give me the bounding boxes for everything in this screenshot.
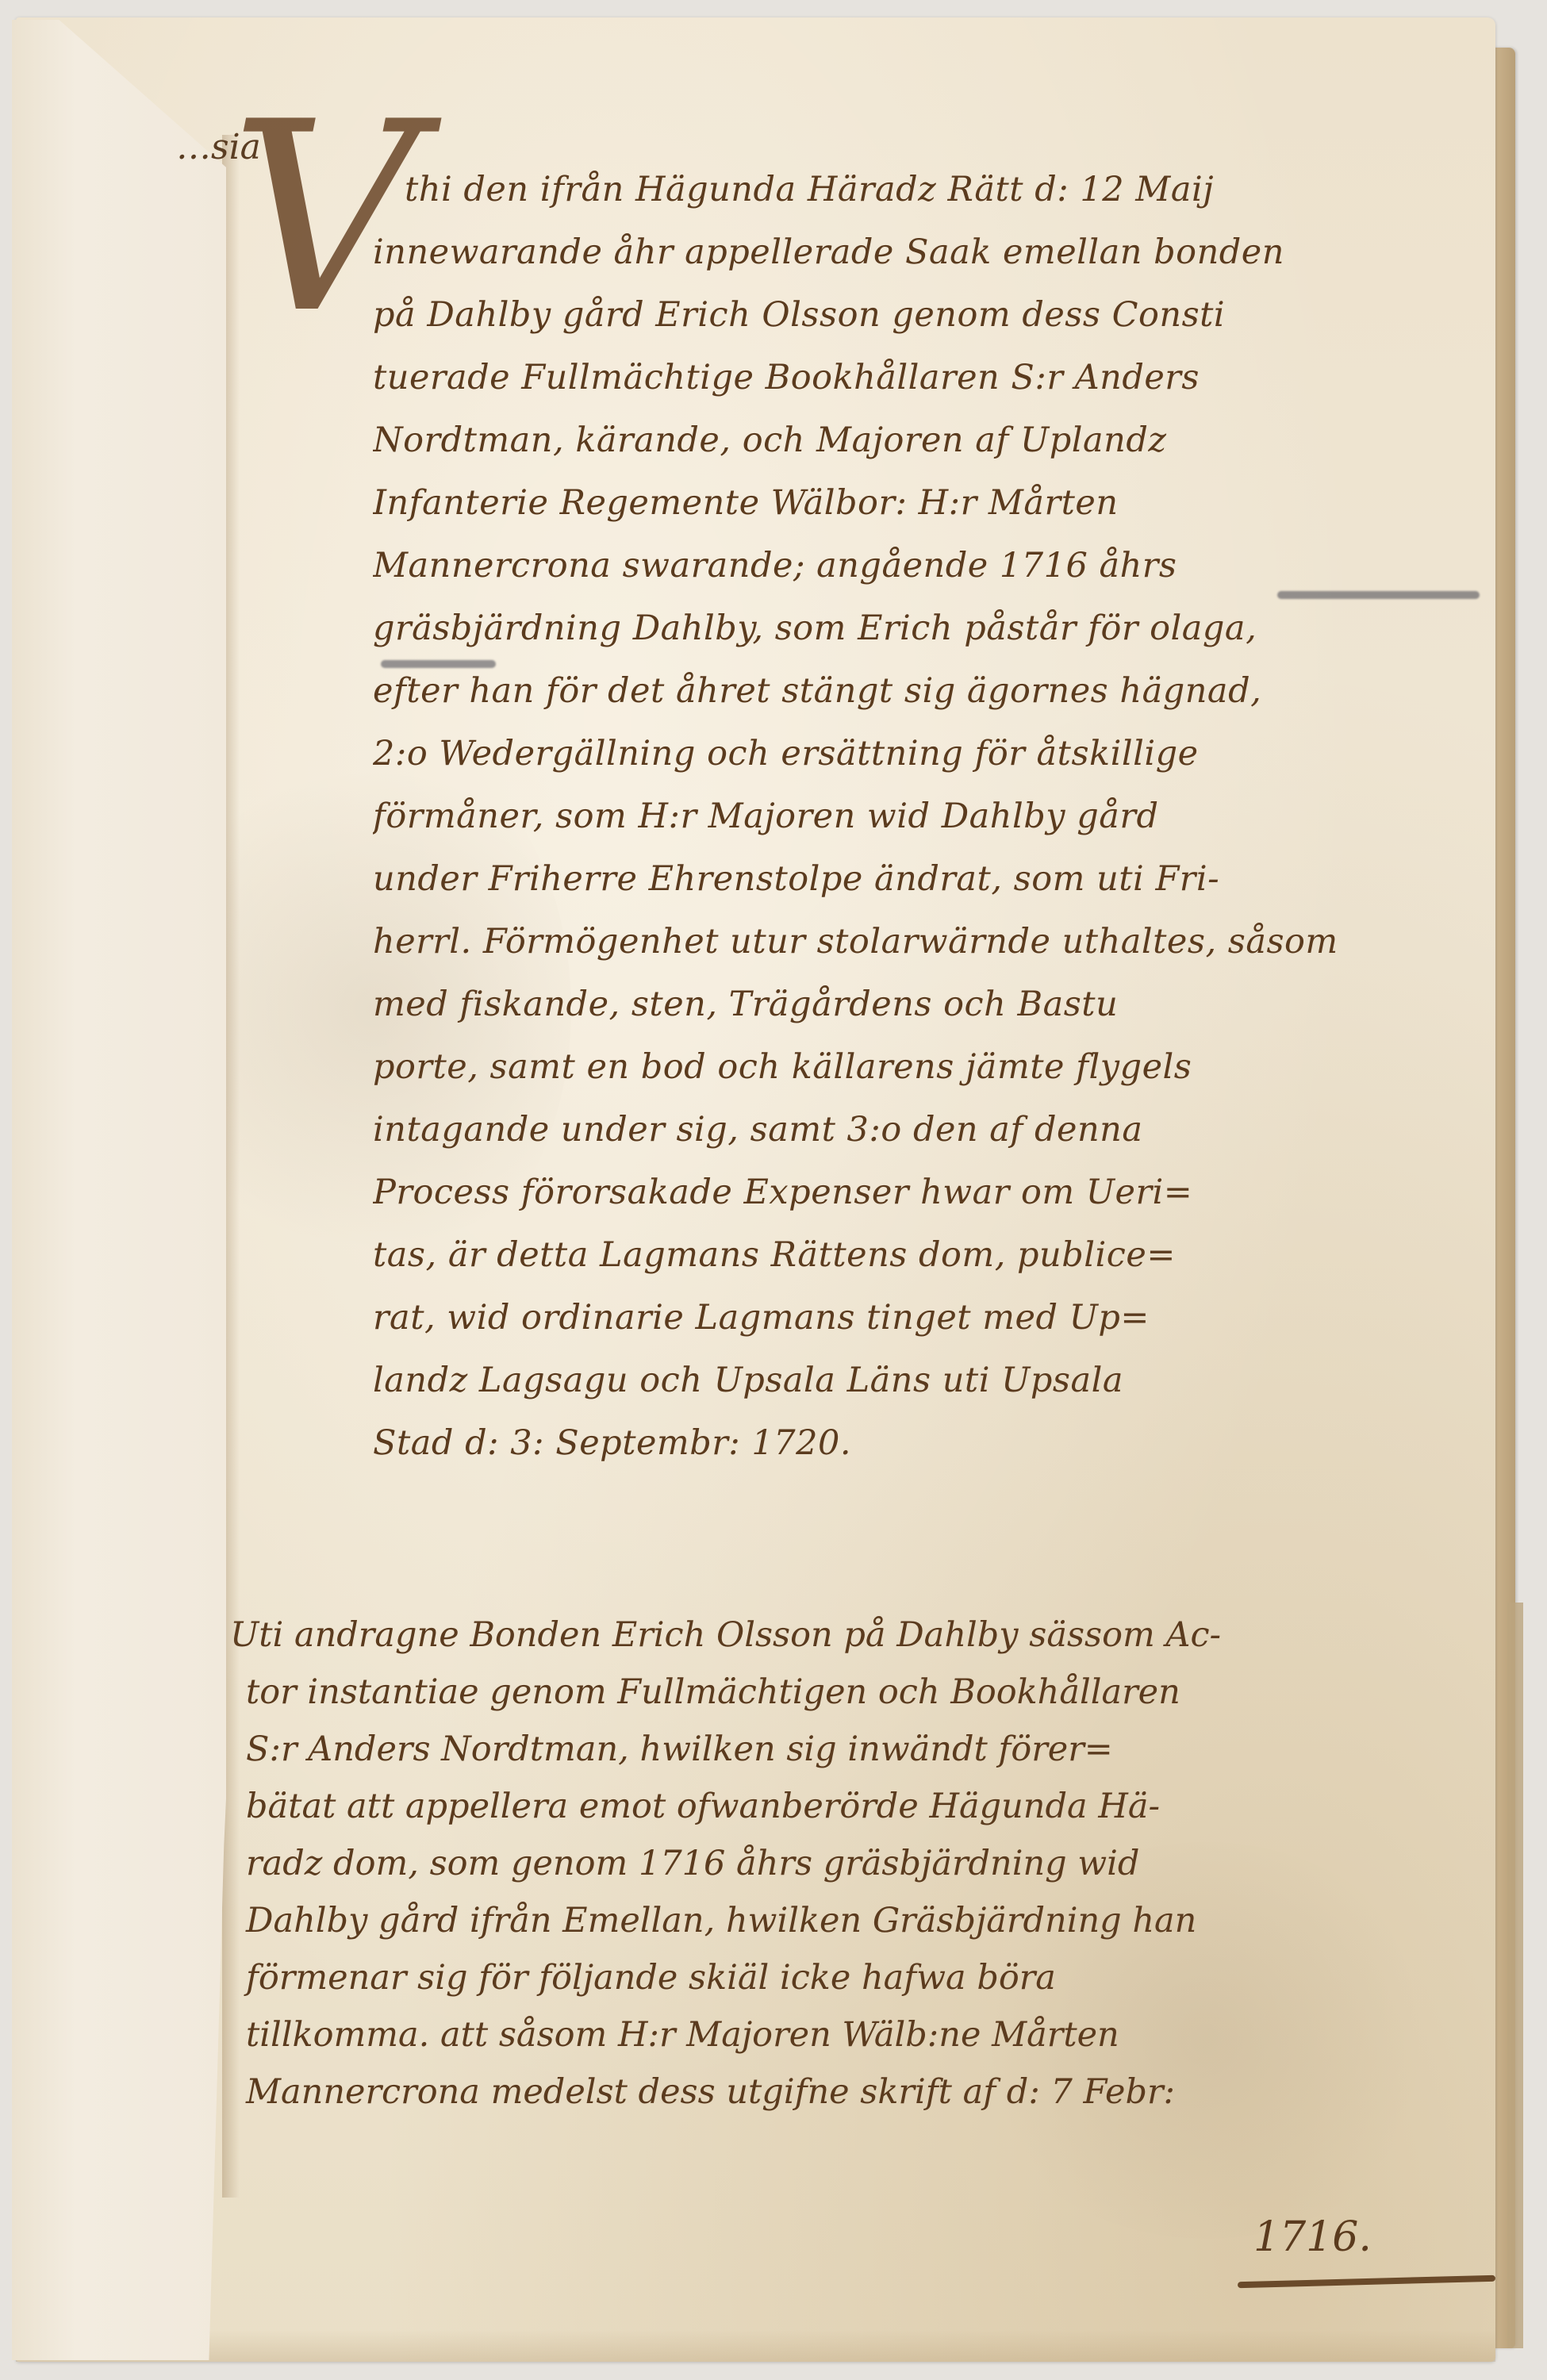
text-line: förmåner, som H:r Majoren wid Dahlby går… <box>373 785 1499 848</box>
text-line: Mannercrona swarande; angående 1716 åhrs <box>373 535 1499 597</box>
text-line: efter han för det åhret stängt sig ägorn… <box>373 660 1499 723</box>
text-line: Uti andragne Bonden Erich Olsson på Dahl… <box>230 1606 1499 1664</box>
text-line: gräsbjärdning Dahlby, som Erich påstår f… <box>373 597 1499 660</box>
text-line: tas, är detta Lagmans Rättens dom, publi… <box>373 1224 1499 1287</box>
text-line: förmenar sig för följande skiäl icke haf… <box>230 1949 1499 2006</box>
paragraph-1: thi den ifrån Hägunda Häradz Rätt d: 12 … <box>373 159 1499 1475</box>
text-line: Dahlby gård ifrån Emellan, hwilken Gräsb… <box>230 1892 1499 1949</box>
paragraph-2: Uti andragne Bonden Erich Olsson på Dahl… <box>230 1606 1499 2121</box>
folded-flap <box>12 20 226 2360</box>
text-line: porte, samt en bod och källarens jämte f… <box>373 1036 1499 1099</box>
closing-date: 1716. <box>1253 2213 1372 2261</box>
text-line: Mannercrona medelst dess utgifne skrift … <box>230 2063 1499 2121</box>
text-line-date: Stad d: 3: Septembr: 1720. <box>373 1412 1499 1475</box>
back-leaf-edge-lower <box>1507 1603 1523 2348</box>
text-line: tor instantiae genom Fullmächtigen och B… <box>230 1664 1499 1721</box>
margin-note: …sia <box>176 127 261 167</box>
text-line: thi den ifrån Hägunda Häradz Rätt d: 12 … <box>373 159 1499 221</box>
text-line: landz Lagsagu och Upsala Läns uti Upsala <box>373 1349 1499 1412</box>
text-line: rat, wid ordinarie Lagmans tinget med Up… <box>373 1287 1499 1349</box>
text-line: Infanterie Regemente Wälbor: H:r Mårten <box>373 472 1499 535</box>
text-line: Nordtman, kärande, och Majoren af Upland… <box>373 409 1499 472</box>
text-line: 2:o Wedergällning och ersättning för åts… <box>373 723 1499 785</box>
text-line: Process förorsakade Expenser hwar om Uer… <box>373 1161 1499 1224</box>
text-line: S:r Anders Nordtman, hwilken sig inwändt… <box>230 1721 1499 1778</box>
text-line: tuerade Fullmächtige Bookhållaren S:r An… <box>373 347 1499 409</box>
text-line: herrl. Förmögenhet utur stolarwärnde uth… <box>373 911 1499 973</box>
text-line: intagande under sig, samt 3:o den af den… <box>373 1099 1499 1161</box>
sheet-bottom-edge <box>16 2330 1495 2362</box>
text-line: under Friherre Ehrenstolpe ändrat, som u… <box>373 848 1499 911</box>
text-line: på Dahlby gård Erich Olsson genom dess C… <box>373 284 1499 347</box>
text-line: tillkomma. att såsom H:r Majoren Wälb:ne… <box>230 2006 1499 2063</box>
text-line: bätat att appellera emot ofwanberörde Hä… <box>230 1778 1499 1835</box>
text-line: radz dom, som genom 1716 åhrs gräsbjärdn… <box>230 1835 1499 1892</box>
text-line: med fiskande, sten, Trägårdens och Bastu <box>373 973 1499 1036</box>
text-line: innewarande åhr appellerade Saak emellan… <box>373 221 1499 284</box>
